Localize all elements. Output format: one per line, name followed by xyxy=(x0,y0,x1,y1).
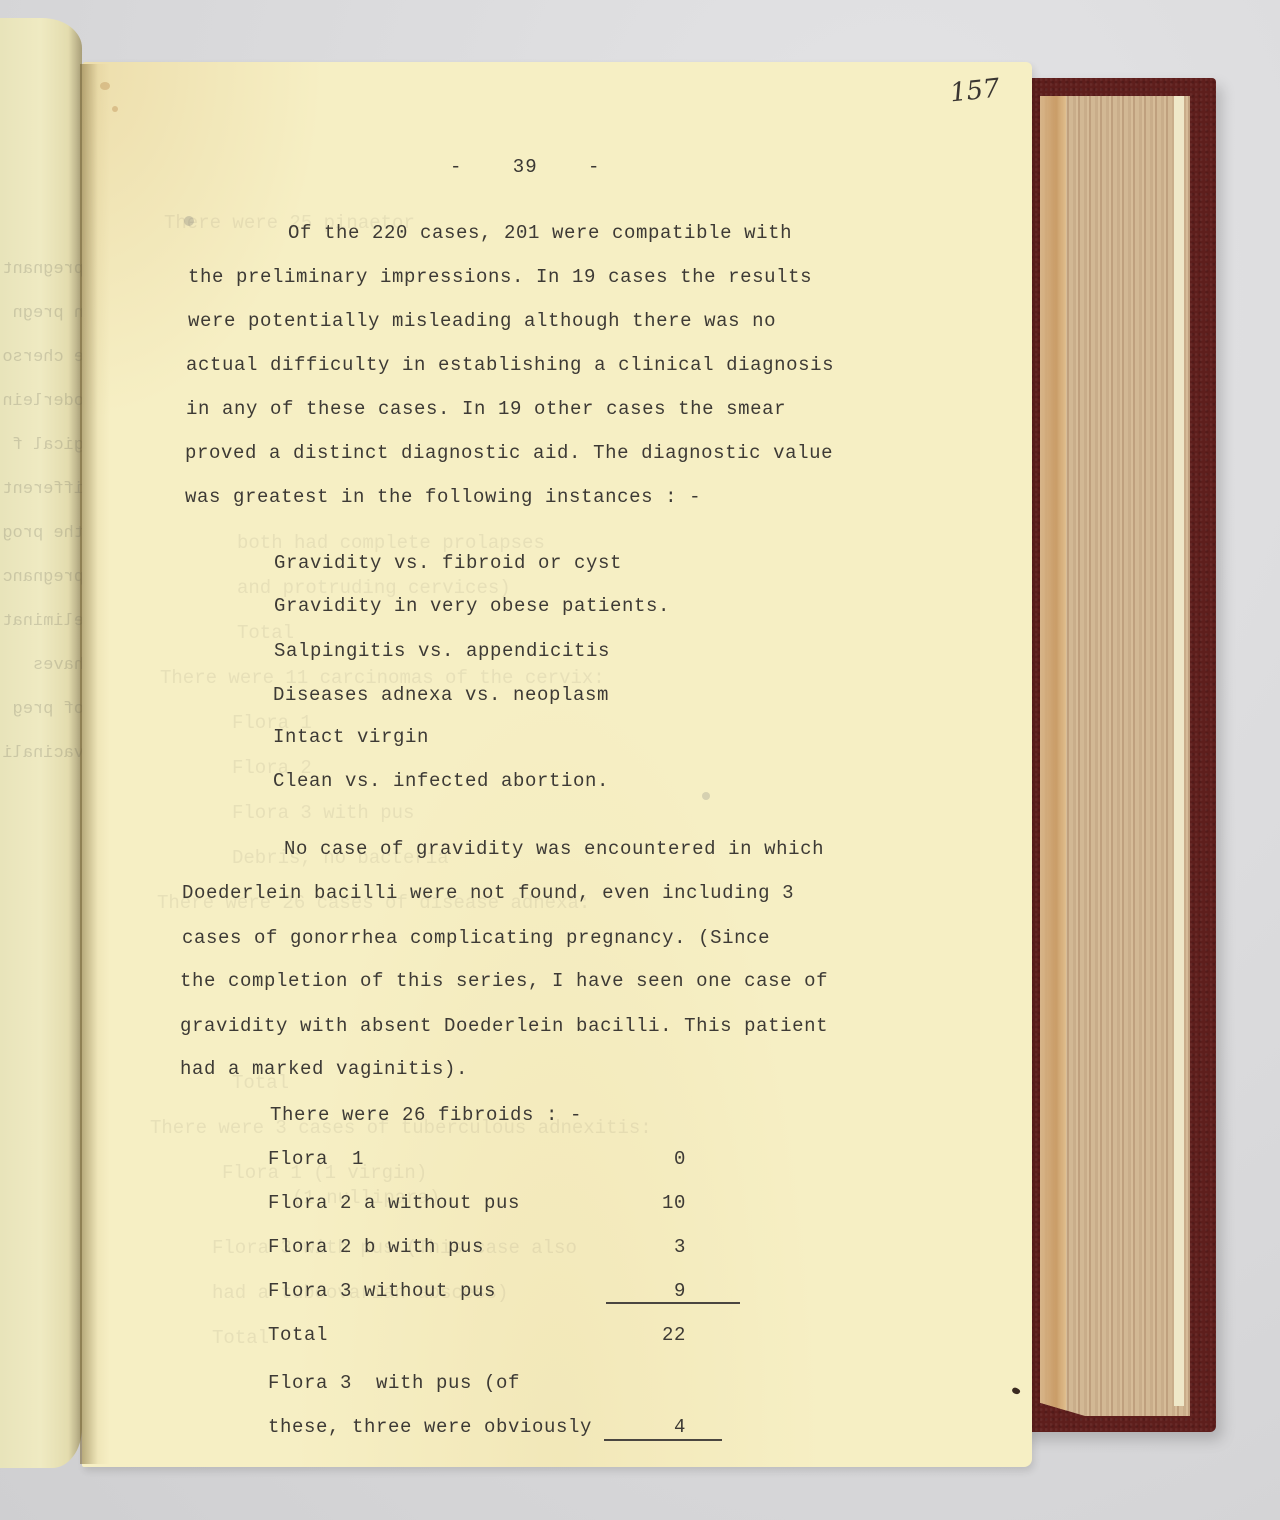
paragraph-1-line-6: proved a distinct diagnostic aid. The di… xyxy=(185,442,833,464)
table-row-label: Flora 3 without pus xyxy=(268,1280,496,1302)
endpaper xyxy=(1174,96,1184,1406)
previous-page-curl: pregnant n pregn e cherso oderlein gical… xyxy=(0,18,82,1468)
bleed-line: Flora 3 with pus xyxy=(232,802,414,824)
table-row-total: 22 xyxy=(662,1324,686,1346)
paragraph-2-line-6: had a marked vaginitis). xyxy=(180,1058,468,1080)
table-row-label: Flora 2 a without pus xyxy=(268,1192,520,1214)
instance-item: Clean vs. infected abortion. xyxy=(273,770,609,792)
table-row-label: Flora 3 with pus (of xyxy=(268,1372,520,1394)
page-block-edges xyxy=(1040,96,1190,1416)
edge-stain xyxy=(1040,96,1066,1416)
paragraph-1-line-5: in any of these cases. In 19 other cases… xyxy=(186,398,786,420)
paragraph-2-line-2: Doederlein bacilli were not found, even … xyxy=(182,882,794,904)
table-row-label: Flora 2 b with pus xyxy=(268,1236,484,1258)
typed-page: There were 25 pinaetor both had complete… xyxy=(82,62,1032,1467)
paragraph-1-line-3: were potentially misleading although the… xyxy=(188,310,776,332)
table-row-label: Flora 1 xyxy=(268,1148,364,1170)
paragraph-1-line-1: Of the 220 cases, 201 were compatible wi… xyxy=(288,222,792,244)
instance-item: Diseases adnexa vs. neoplasm xyxy=(273,684,609,706)
instance-item: Gravidity vs. fibroid or cyst xyxy=(274,552,622,574)
handwritten-folio-number: 157 xyxy=(949,73,1002,108)
table-row-value: 0 xyxy=(674,1148,686,1170)
table-row-label: these, three were obviously xyxy=(268,1416,592,1438)
paragraph-2-line-3: cases of gonorrhea complicating pregnanc… xyxy=(182,927,770,949)
paragraph-2-line-5: gravidity with absent Doederlein bacilli… xyxy=(180,1015,828,1037)
previous-page-bleed-text: pregnant n pregn e cherso oderlein gical… xyxy=(0,248,82,776)
bleed-line: Total xyxy=(212,1327,269,1349)
foxing-spot xyxy=(184,216,194,226)
instance-item: Salpingitis vs. appendicitis xyxy=(274,640,610,662)
sum-underline xyxy=(606,1302,740,1304)
table-row-label: Total xyxy=(268,1324,328,1346)
bleed-line: both had complete prolapses xyxy=(237,532,545,554)
sum-underline xyxy=(604,1439,722,1441)
table-row-value: 9 xyxy=(674,1280,686,1302)
table-row-value: 4 xyxy=(674,1416,686,1438)
paragraph-2-line-4: the completion of this series, I have se… xyxy=(180,970,828,992)
foxing-spot xyxy=(112,106,118,112)
foxing-spot xyxy=(702,792,710,800)
page-number: - 39 - xyxy=(450,156,600,178)
instance-item: Gravidity in very obese patients. xyxy=(274,595,670,617)
paragraph-1-line-2: the preliminary impressions. In 19 cases… xyxy=(188,266,812,288)
paragraph-2-line-1: No case of gravidity was encountered in … xyxy=(284,838,824,860)
table-row-value: 3 xyxy=(674,1236,686,1258)
fibroids-heading: There were 26 fibroids : - xyxy=(270,1104,582,1126)
instance-item: Intact virgin xyxy=(273,726,429,748)
foxing-spot xyxy=(100,82,110,90)
table-row-value: 10 xyxy=(662,1192,686,1214)
paragraph-1-line-4: actual difficulty in establishing a clin… xyxy=(186,354,834,376)
paragraph-1-line-7: was greatest in the following instances … xyxy=(185,486,701,508)
